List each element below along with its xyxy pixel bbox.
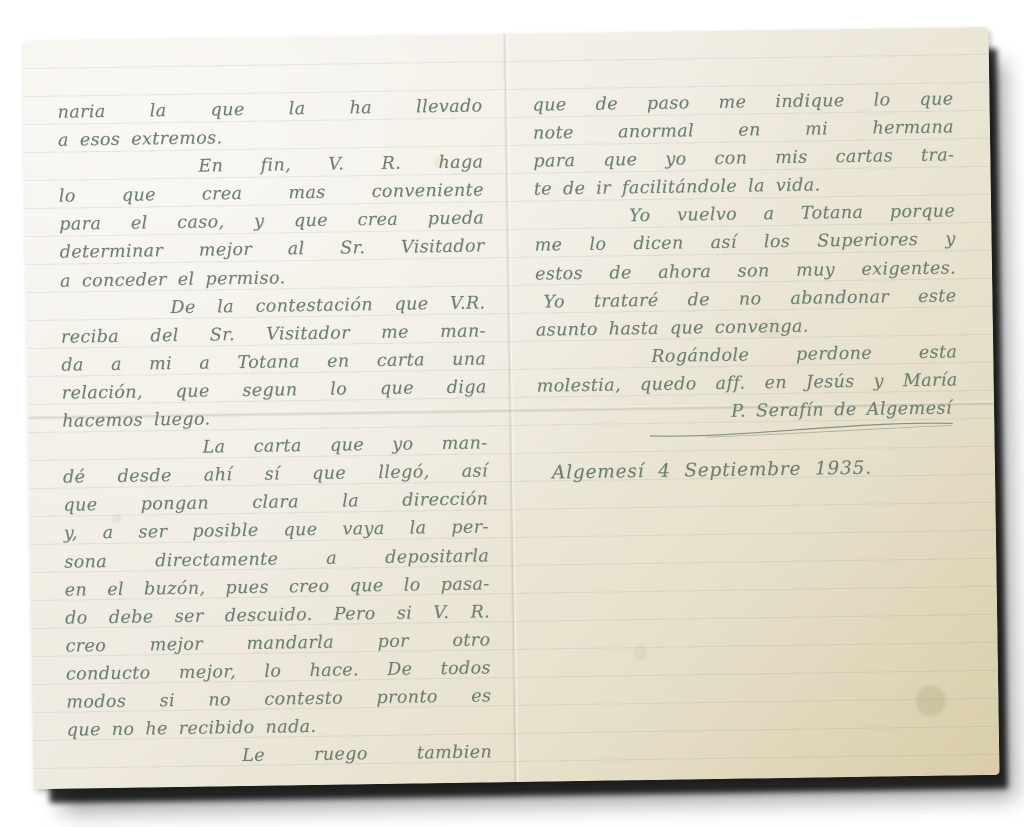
letter-page-right: que de paso me indique lo quenote anorma… [505,27,999,782]
letter-paper: naria la que la ha llevadoa esos extremo… [23,27,1000,789]
left-page-lines: naria la que la ha llevadoa esos extremo… [57,92,492,772]
letter-photo: naria la que la ha llevadoa esos extremo… [0,0,1024,827]
dateline: Algemesí 4 Septiembre 1935. [538,456,959,483]
right-page-lines: que de paso me indique lo quenote anorma… [532,85,958,400]
letter-page-left: naria la que la ha llevadoa esos extremo… [23,34,517,789]
signature-row: P. Serafín de Algemesí [537,394,958,430]
signature-flourish [646,416,956,441]
